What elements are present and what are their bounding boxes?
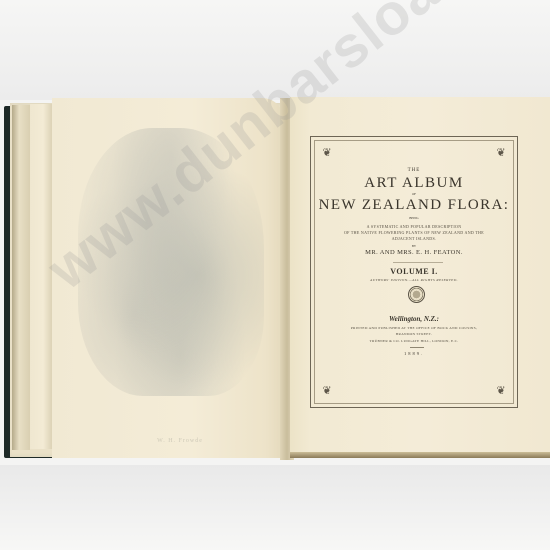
page-edges <box>12 105 30 450</box>
frontispiece-caption: W. H. Frowde <box>140 438 220 444</box>
corner-ornament-icon: ❦ <box>321 147 333 159</box>
title-being: BEING <box>315 216 513 220</box>
title-line-1: ART ALBUM <box>315 175 513 192</box>
title-page-inner-border: ❦ ❦ ❦ ❦ THE ART ALBUM OF NEW ZEALAND FLO… <box>314 140 514 404</box>
title-page-frame: ❦ ❦ ❦ ❦ THE ART ALBUM OF NEW ZEALAND FLO… <box>310 136 518 408</box>
description-line: OF THE NATIVE FLOWERING PLANTS OF NEW ZE… <box>315 230 513 235</box>
backdrop-bottom <box>0 465 550 550</box>
description-line: A SYSTEMATIC AND POPULAR DESCRIPTION <box>315 224 513 229</box>
backdrop-top <box>0 0 550 100</box>
corner-ornament-icon: ❦ <box>495 147 507 159</box>
title-line-2: NEW ZEALAND FLORA: <box>315 197 513 214</box>
title-of: OF <box>315 192 513 196</box>
publisher-line: PRINTED AND PUBLISHED AT THE OFFICE OF B… <box>315 326 513 330</box>
publisher-line: BRANDON STREET. <box>315 332 513 336</box>
divider <box>393 262 443 263</box>
frontispiece-illustration <box>78 128 264 396</box>
publication-place: Wellington, N.Z.: <box>315 315 513 323</box>
authors: MR. AND MRS. E. H. FEATON. <box>315 249 513 256</box>
corner-ornament-icon: ❦ <box>495 385 507 397</box>
endpaper-edge <box>30 104 53 449</box>
volume-label: VOLUME I. <box>315 267 513 276</box>
publication-year: 1889. <box>315 351 513 356</box>
publisher-line: TRÜBNER & CO. LUDGATE HILL, LONDON, E.C. <box>315 339 513 343</box>
title-by: BY <box>315 244 513 248</box>
description-line: ADJACENT ISLANDS. <box>315 236 513 241</box>
seal-emblem-icon <box>408 286 425 303</box>
rights-notice: AUTHORS' EDITION.—ALL RIGHTS RESERVED. <box>315 278 513 282</box>
divider <box>410 347 424 348</box>
right-page-edges <box>290 452 550 458</box>
title-the: THE <box>315 168 513 173</box>
corner-ornament-icon: ❦ <box>321 385 333 397</box>
